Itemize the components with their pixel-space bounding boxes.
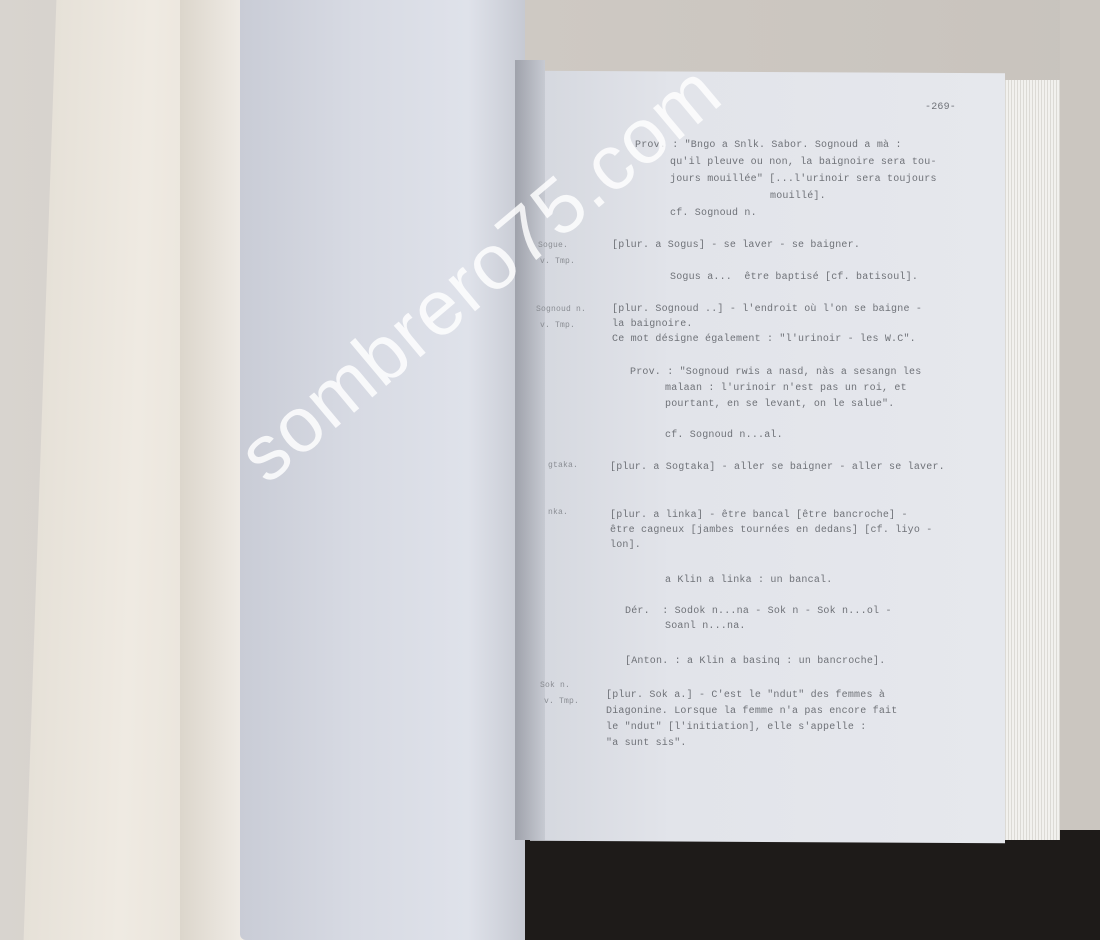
text-line: pourtant, en se levant, on le salue".: [665, 397, 894, 412]
margin-note: nka.: [548, 505, 568, 520]
background-right: [1060, 0, 1100, 940]
text-line: [plur. a linka] - être bancal [être banc…: [610, 508, 908, 523]
text-line: lon].: [610, 538, 641, 553]
text-line: "a sunt sis".: [606, 736, 687, 751]
page-number: -269-: [925, 100, 956, 115]
text-line: [plur. a Sogtaka] - aller se baigner - a…: [610, 460, 945, 475]
page-edges: [1000, 80, 1060, 840]
table-surface: [440, 830, 1100, 940]
margin-note: gtaka.: [548, 458, 578, 473]
text-line: cf. Sognoud n.: [670, 206, 757, 221]
text-line: malaan : l'urinoir n'est pas un roi, et: [665, 381, 907, 396]
margin-note: v. Tmp.: [544, 694, 579, 709]
text-line: mouillé].: [770, 189, 826, 204]
text-line: [plur. Sok a.] - C'est le "ndut" des fem…: [606, 688, 885, 703]
text-line: Prov. : "Sognoud rwis a nasd, nàs a sesa…: [630, 365, 921, 380]
text-line: a Klin a linka : un bancal.: [665, 573, 832, 588]
margin-note: v. Tmp.: [540, 318, 575, 333]
margin-note: Sognoud n.: [536, 302, 586, 317]
text-line: cf. Sognoud n...al.: [665, 428, 783, 443]
text-line: être cagneux [jambes tournées en dedans]…: [610, 523, 932, 538]
text-line: Sogus a... être baptisé [cf. batisoul].: [670, 270, 918, 285]
text-line: Dér. : Sodok n...na - Sok n - Sok n...ol…: [625, 604, 892, 619]
text-line: jours mouillée" [...l'urinoir sera toujo…: [670, 172, 937, 187]
text-line: [plur. Sognoud ..] - l'endroit où l'on s…: [612, 302, 922, 317]
text-line: Soanl n...na.: [665, 619, 746, 634]
text-line: Diagonine. Lorsque la femme n'a pas enco…: [606, 704, 897, 719]
text-line: [Anton. : a Klin a basinq : un bancroche…: [625, 654, 885, 669]
margin-note: Sok n.: [540, 678, 570, 693]
text-line: qu'il pleuve ou non, la baignoire sera t…: [670, 155, 937, 170]
text-line: le "ndut" [l'initiation], elle s'appelle…: [606, 720, 866, 735]
text-line: Ce mot désigne également : "l'urinoir - …: [612, 332, 916, 347]
text-line: [plur. a Sogus] - se laver - se baigner.: [612, 238, 860, 253]
text-line: la baignoire.: [612, 317, 693, 332]
